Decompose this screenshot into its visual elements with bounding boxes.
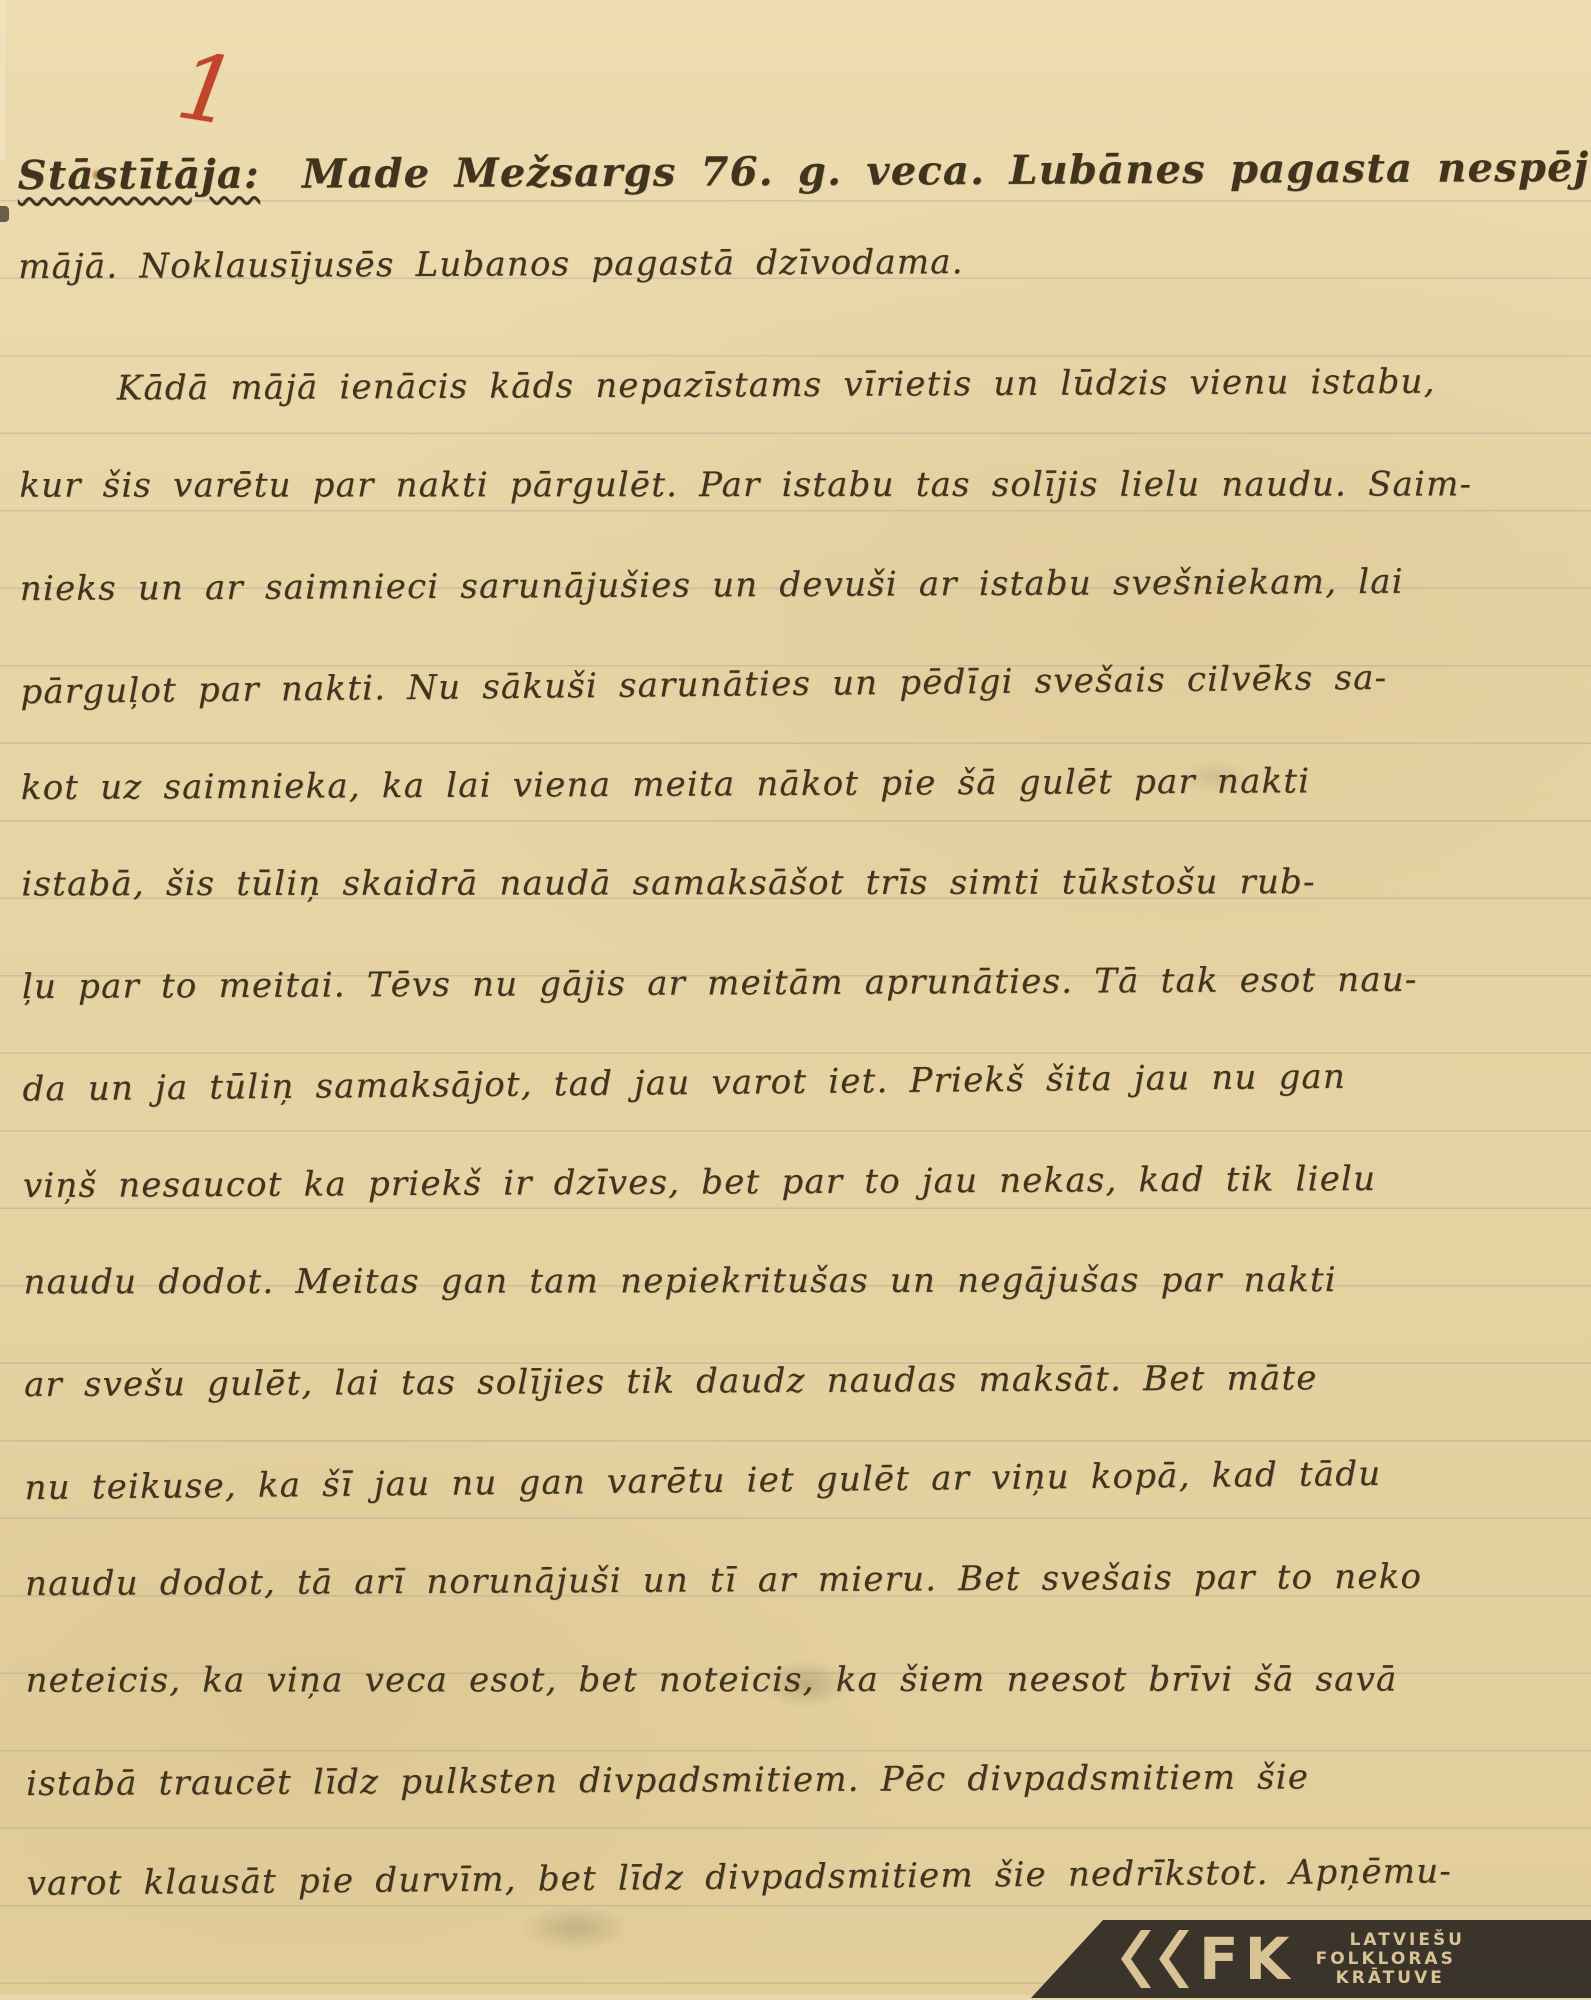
narrator-header-line: Stāstītāja:Made Mežsargs 76. g. veca. Lu… [18, 144, 1573, 200]
manuscript-line: Kādā mājā ienācis kāds nepazīstams vīrie… [19, 361, 1574, 410]
manuscript-line: kur šis varētu par nakti pārgulēt. Par i… [19, 464, 1574, 506]
manuscript-line: ar svešu gulēt, lai tas solījies tik dau… [24, 1357, 1579, 1406]
archive-name: LATVIEŠU FOLKLORAS KRĀTUVE [1316, 1932, 1465, 1987]
logo-letter-f: F [1199, 1930, 1239, 1988]
lfk-logo: F K [1117, 1929, 1290, 1989]
manuscript-line: da un ja tūliņ samaksājot, tad jau varot… [22, 1055, 1577, 1111]
chevron-icon [1155, 1930, 1189, 1988]
logo-letter-k: K [1245, 1930, 1290, 1988]
manuscript-line: neteicis, ka viņa veca esot, bet noteici… [26, 1659, 1581, 1701]
manuscript-line: varot klausāt pie durvīm, bet līdz divpa… [26, 1850, 1581, 1904]
archive-name-line2: FOLKLORAS [1316, 1951, 1465, 1968]
manuscript-line: mājā. Noklausījusēs Lubanos pagastā dzīv… [18, 239, 1573, 288]
manuscript-line: naudu dodot. Meitas gan tam nepiekrituša… [23, 1260, 1578, 1304]
manuscript-line: ļu par to meitai. Tēvs nu gājis ar meitā… [22, 959, 1577, 1008]
narrator-info: Made Mežsargs 76. g. veca. Lubānes pagas… [302, 143, 1591, 197]
manuscript-line: naudu dodot, tā arī norunājuši un tī ar … [25, 1556, 1580, 1605]
archive-watermark: F K LATVIEŠU FOLKLORAS KRĀTUVE [1031, 1920, 1591, 1998]
manuscript-line: nu teikuse, ka šī jau nu gan varētu iet … [24, 1452, 1579, 1509]
manuscript-line: istabā traucēt līdz pulksten divpadsmiti… [26, 1756, 1581, 1805]
manuscript-line: nieks un ar saimnieci sarunājušies un de… [20, 561, 1575, 610]
manuscript-line: pārguļot par nakti. Nu sākuši sarunāties… [20, 656, 1575, 713]
chevron-icon [1117, 1930, 1151, 1988]
narrator-label: Stāstītāja: [18, 151, 260, 199]
manuscript-line: viņš nesaucot ka priekš ir dzīves, bet p… [23, 1158, 1578, 1207]
archive-name-line1: LATVIEŠU [1350, 1932, 1465, 1949]
manuscript-line: istabā, šis tūliņ skaidrā naudā samaksāš… [21, 862, 1576, 906]
archive-name-line3: KRĀTUVE [1336, 1970, 1465, 1987]
manuscript-text: Stāstītāja:Made Mežsargs 76. g. veca. Lu… [0, 0, 1591, 2000]
manuscript-line: kot uz saimnieka, ka lai viena meita nāk… [21, 760, 1576, 809]
